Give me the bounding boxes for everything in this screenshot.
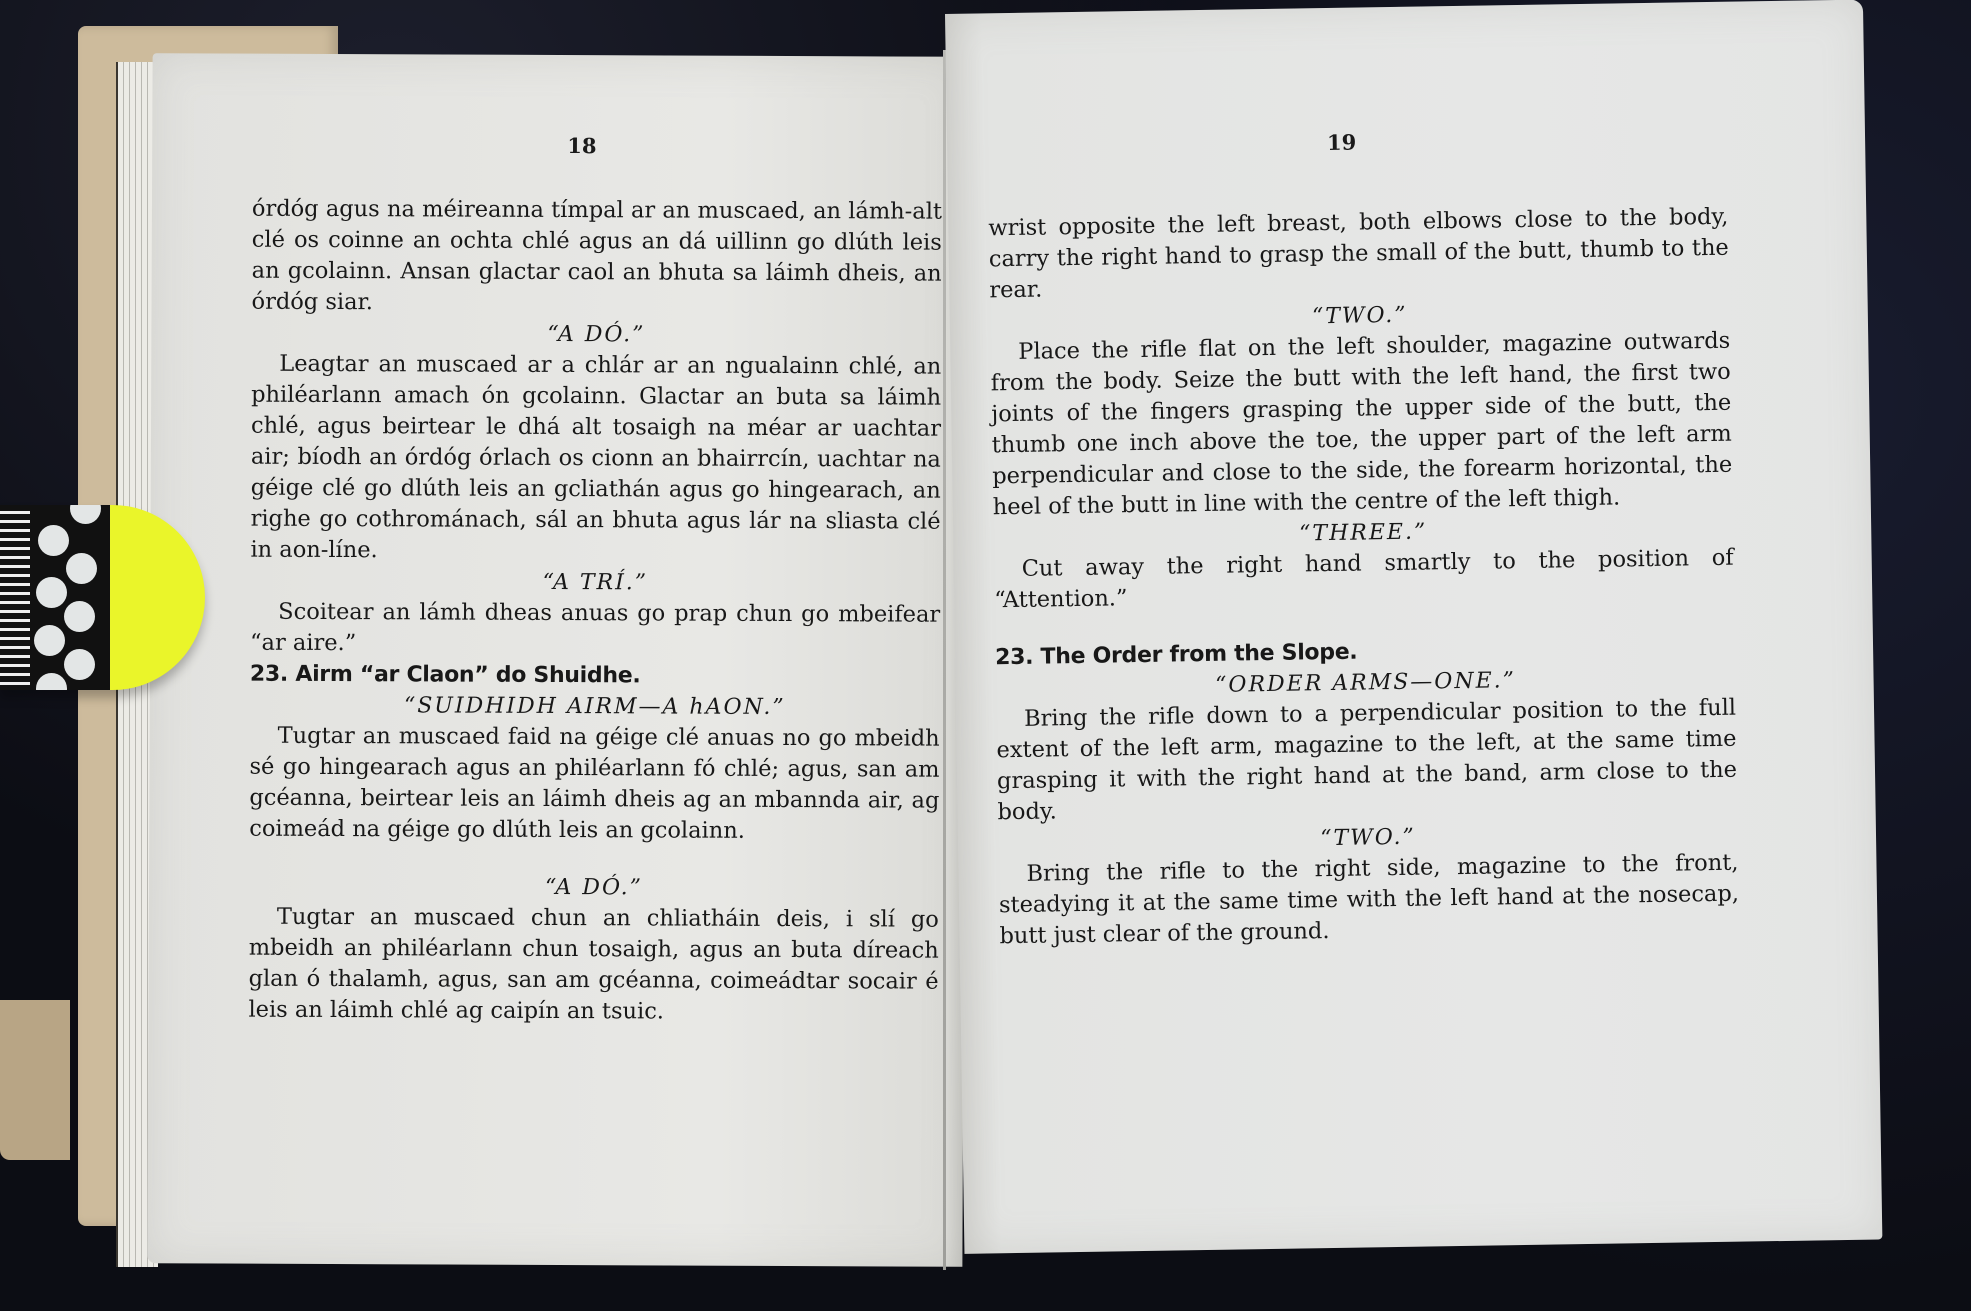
- section-heading: 23. Airm “ar Claon” do Shuidhe.: [250, 659, 940, 693]
- paragraph: Tugtar an muscaed chun an chliatháin dei…: [248, 902, 939, 1029]
- left-page: 18 órdóg agus na méireanna tímpal ar an …: [147, 53, 967, 1267]
- drill-command: “A TRÍ.”: [250, 566, 940, 600]
- paragraph: órdóg agus na méireanna tímpal ar an mus…: [251, 194, 942, 321]
- paragraph: Place the rifle flat on the left shoulde…: [990, 326, 1733, 524]
- right-page-text: wrist opposite the left breast, both elb…: [988, 202, 1740, 953]
- spacer: [249, 845, 939, 874]
- paragraph: Tugtar an muscaed faid na géige clé anua…: [249, 721, 940, 848]
- paragraph: Bring the rifle down to a perpendicular …: [996, 693, 1738, 829]
- left-page-text: órdóg agus na méireanna tímpal ar an mus…: [248, 194, 942, 1029]
- bookmark-clip[interactable]: [0, 505, 205, 690]
- bookmark-stripes: [0, 505, 30, 690]
- paragraph: Scoitear an lámh dheas anuas go prap chu…: [250, 597, 940, 662]
- drill-command: “A DÓ.”: [251, 318, 941, 352]
- paragraph: Bring the rifle to the right side, magaz…: [998, 848, 1739, 953]
- drill-command: “SUIDHIDH AIRM—A hAON.”: [250, 690, 940, 724]
- paragraph: Cut away the right hand smartly to the p…: [993, 543, 1734, 617]
- paragraph: Leagtar an muscaed ar a chlár ar an ngua…: [250, 349, 941, 569]
- drill-command: “A DÓ.”: [249, 871, 939, 905]
- page-number-right: 19: [1327, 130, 1357, 155]
- book-spine: [943, 50, 946, 1270]
- right-page: 19 wrist opposite the left breast, both …: [945, 0, 1882, 1254]
- page-number-left: 18: [567, 133, 596, 158]
- cover-flap: [0, 1000, 70, 1160]
- bookmark-dot-pattern: [30, 505, 110, 690]
- paragraph: wrist opposite the left breast, both elb…: [988, 202, 1729, 307]
